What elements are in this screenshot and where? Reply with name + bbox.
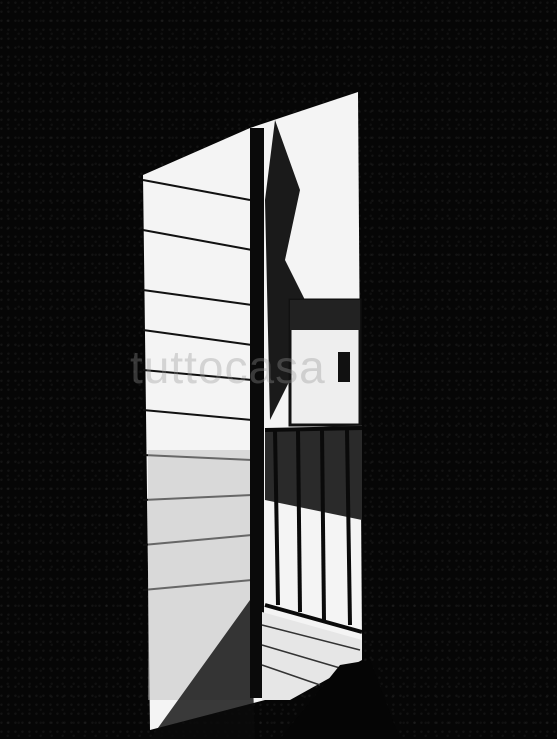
door-jamb <box>250 128 264 698</box>
watermark: tuttocasa <box>130 340 326 394</box>
photo: tuttocasa <box>0 0 557 739</box>
